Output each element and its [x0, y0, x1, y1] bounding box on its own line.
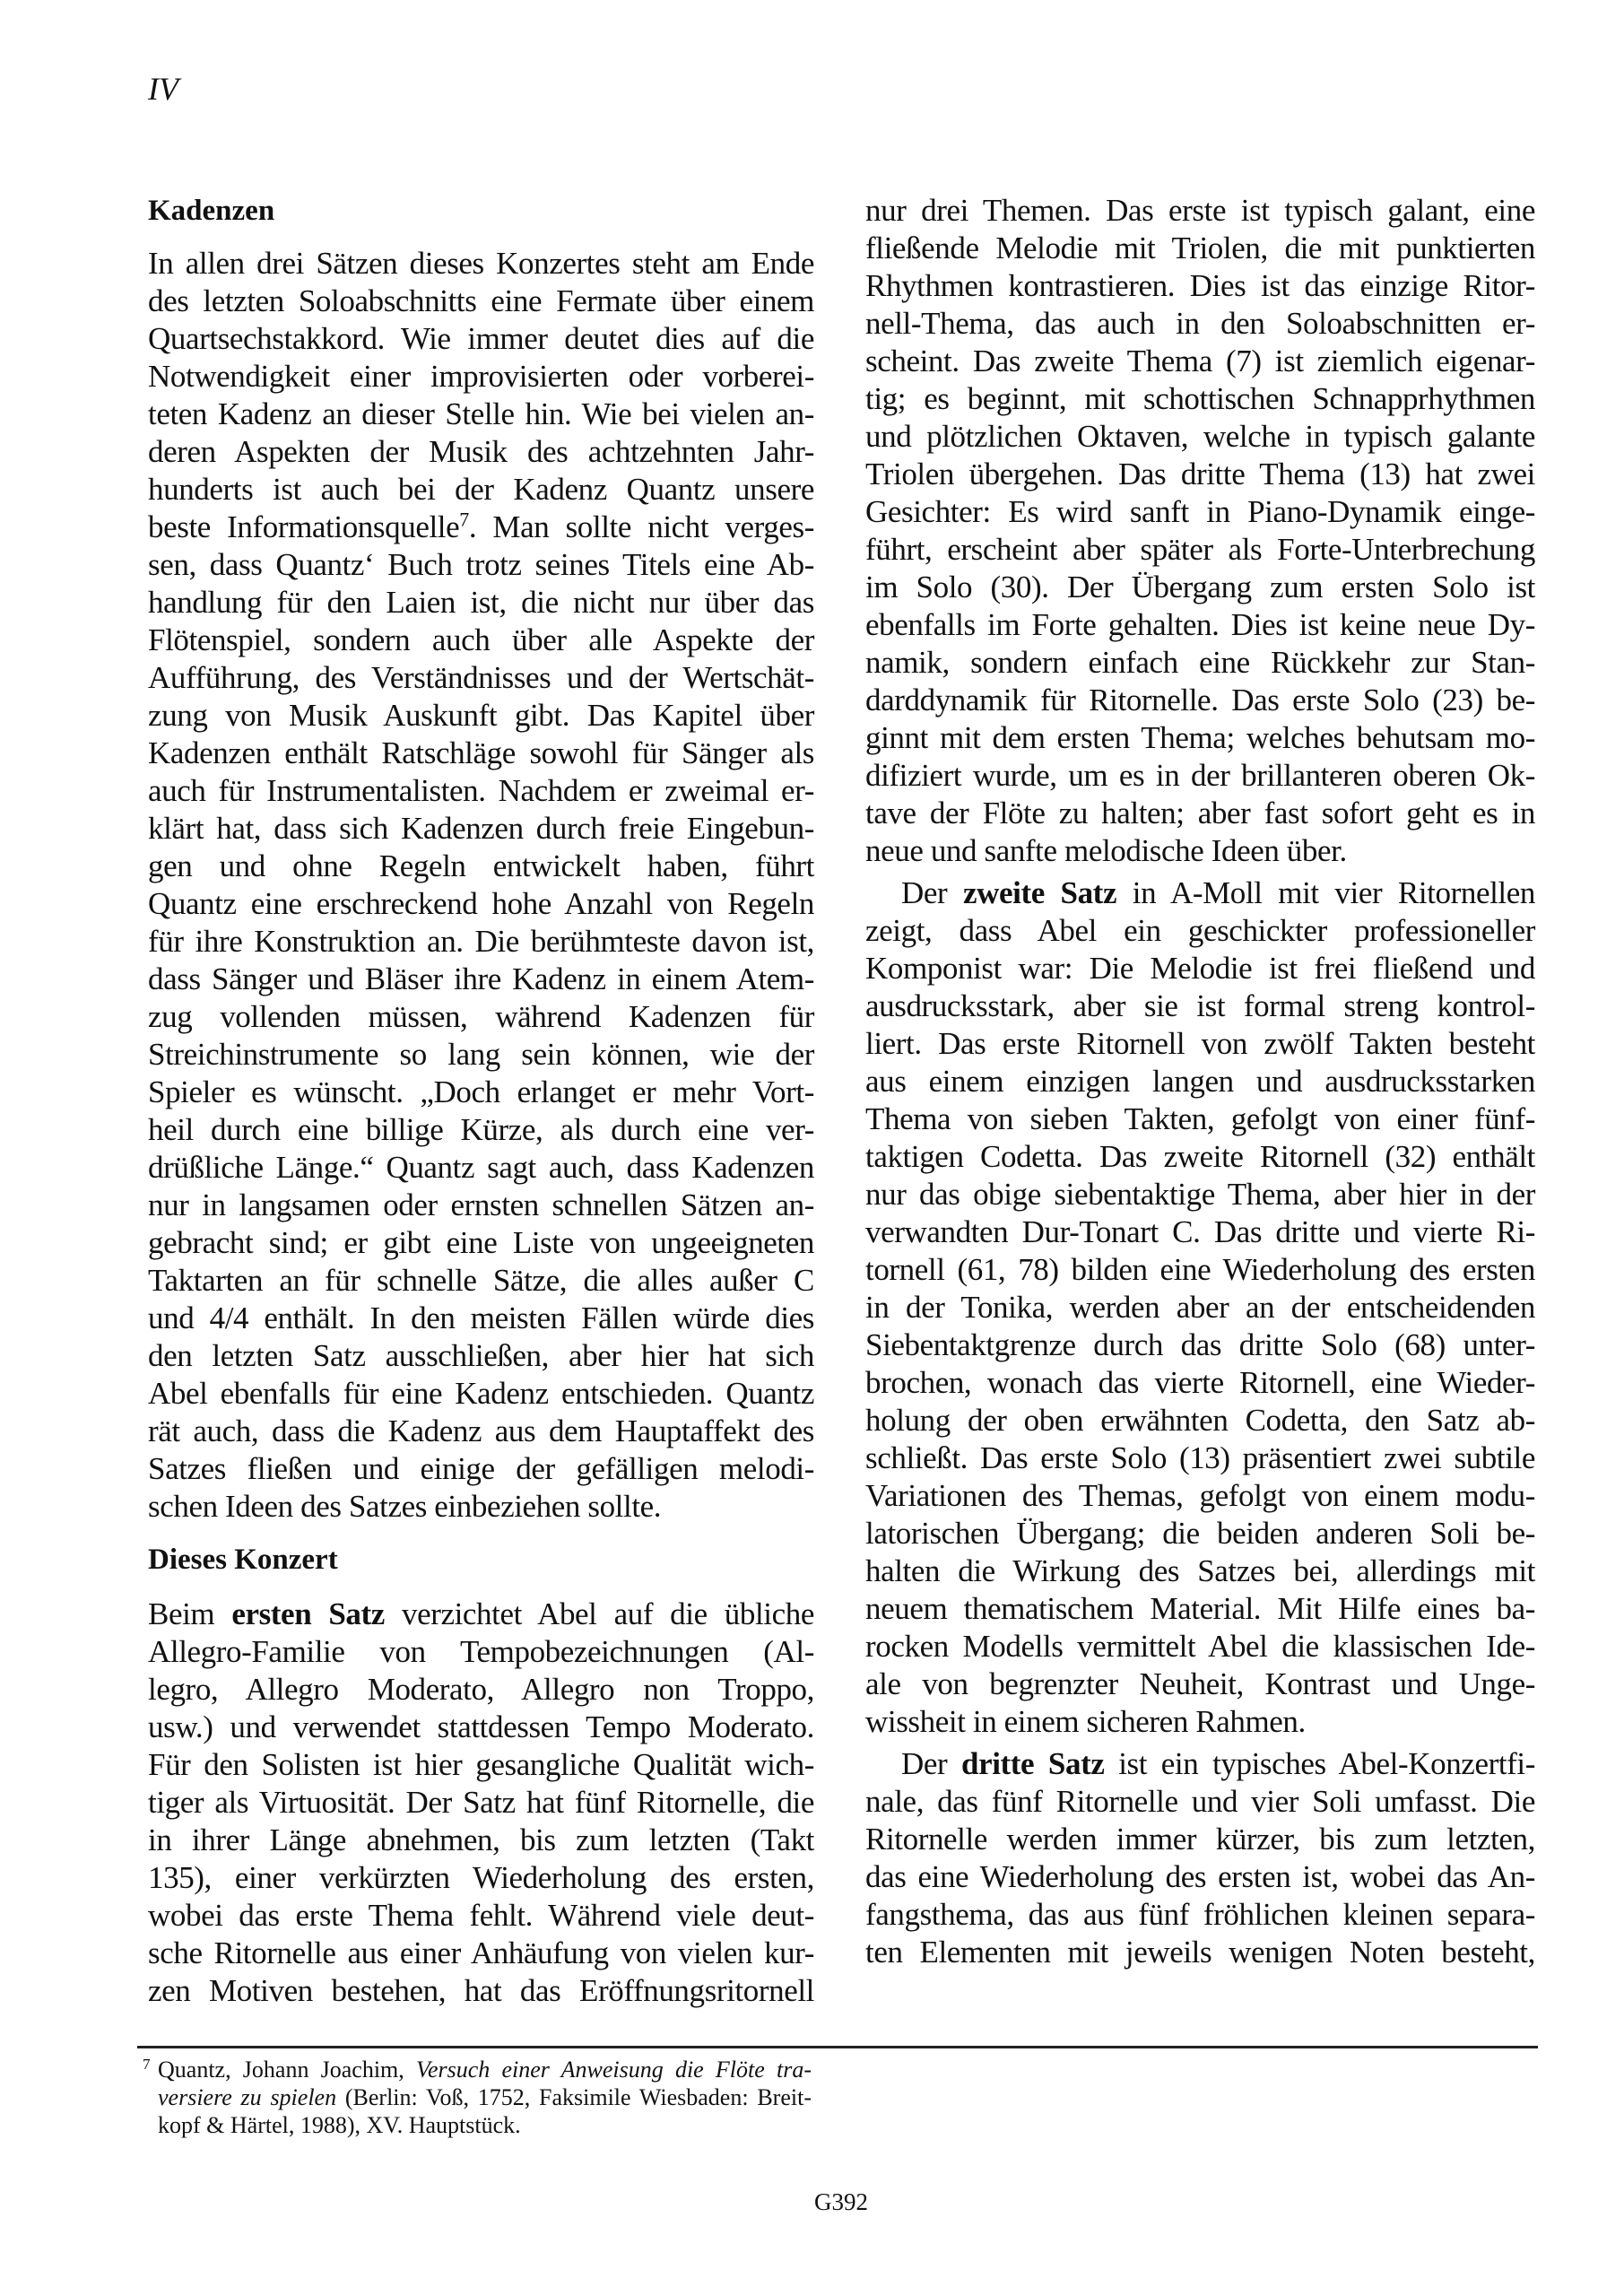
text-line: tiger als Virtuosität. Der Satz hat fünf…: [148, 1784, 814, 1822]
text-line: ale von begrenzter Neuheit, Kontrast und…: [865, 1665, 1535, 1703]
text-line: darddynamik für Ritornelle. Das erste So…: [865, 682, 1535, 719]
text-line: nur drei Themen. Das erste ist typisch g…: [865, 192, 1535, 230]
bold-term-zweite-satz: zweite Satz: [963, 875, 1116, 910]
footnote-book-title-cont: versiere zu spielen: [158, 2084, 336, 2110]
page-header-roman-numeral: IV: [148, 70, 178, 108]
text-line: latorischen Übergang; die beiden anderen…: [865, 1515, 1535, 1552]
text-line: difiziert wurde, um es in der brillanter…: [865, 757, 1535, 795]
text-line: 135), einer verkürzten Wiederholung des …: [148, 1859, 814, 1897]
text-line: Komponist war: Die Melodie ist frei flie…: [865, 950, 1535, 987]
text-line: zug vollenden müssen, während Kadenzen f…: [148, 998, 814, 1036]
text-line: ginnt mit dem ersten Thema; welches behu…: [865, 719, 1535, 757]
text-line: scheint. Das zweite Thema (7) ist ziemli…: [865, 343, 1535, 380]
text-line: ausdrucksstark, aber sie ist formal stre…: [865, 987, 1535, 1025]
text-line: das eine Wiederholung des ersten ist, wo…: [865, 1858, 1535, 1896]
text-line: tornell (61, 78) bilden eine Wiederholun…: [865, 1251, 1535, 1289]
text-line: rät auch, dass die Kadenz aus dem Haupta…: [148, 1413, 814, 1450]
text-line: Satzes fließen und einige der gefälligen…: [148, 1450, 814, 1488]
text-line: Quantz eine erschreckend hohe Anzahl von…: [148, 885, 814, 923]
bold-term-ersten-satz: ersten Satz: [231, 1596, 385, 1631]
text-line: Taktarten an für schnelle Sätze, die all…: [148, 1262, 814, 1300]
text-line: drüßliche Länge.“ Quantz sagt auch, dass…: [148, 1149, 814, 1187]
text-line-with-footnote-ref: beste Informationsquelle7. Man sollte ni…: [148, 509, 814, 546]
text-line: teten Kadenz an dieser Stelle hin. Wie b…: [148, 396, 814, 433]
page-number: G392: [814, 2188, 868, 2216]
text-line: handlung für den Laien ist, die nicht nu…: [148, 584, 814, 622]
text-line: zung von Musik Auskunft gibt. Das Kapite…: [148, 697, 814, 735]
text-line: tave der Flöte zu halten; aber fast sofo…: [865, 795, 1535, 832]
text-line: schen Ideen des Satzes einbeziehen sollt…: [148, 1488, 814, 1526]
text-line: dass Sänger und Bläser ihre Kadenz in ei…: [148, 961, 814, 998]
text-line: Notwendigkeit einer improvisierten oder …: [148, 358, 814, 396]
text-line: deren Aspekten der Musik des achtzehnten…: [148, 433, 814, 471]
text-line: holung der oben erwähnten Codetta, den S…: [865, 1402, 1535, 1439]
text-line: liert. Das erste Ritornell von zwölf Tak…: [865, 1025, 1535, 1063]
text-line: Für den Solisten ist hier gesangliche Qu…: [148, 1746, 814, 1784]
text-line: nale, das fünf Ritornelle und vier Soli …: [865, 1783, 1535, 1821]
text-line: Spieler es wünscht. „Doch erlanget er me…: [148, 1074, 814, 1111]
text-line: Flötenspiel, sondern auch über alle Aspe…: [148, 622, 814, 659]
section-heading-kadenzen: Kadenzen: [148, 192, 274, 230]
text-line: nur in langsamen oder ernsten schnellen …: [148, 1187, 814, 1224]
text-line: wissheit in einem sicheren Rahmen.: [865, 1703, 1535, 1741]
text-line: hunderts ist auch bei der Kadenz Quantz …: [148, 471, 814, 509]
text-line: legro, Allegro Moderato, Allegro non Tro…: [148, 1671, 814, 1709]
footnote-line: kopf & Härtel, 1988), XV. Hauptstück.: [148, 2111, 812, 2139]
text-line: taktigen Codetta. Das zweite Ritornell (…: [865, 1138, 1535, 1176]
text-line: Rhythmen kontrastieren. Dies ist das ein…: [865, 267, 1535, 305]
text-line: in der Tonika, werden aber an der entsch…: [865, 1289, 1535, 1326]
text-line: Thema von sieben Takten, gefolgt von ein…: [865, 1100, 1535, 1138]
text-line: usw.) und verwendet stattdessen Tempo Mo…: [148, 1709, 814, 1746]
text-line: zeigt, dass Abel ein geschickter profess…: [865, 912, 1535, 950]
text-line: Siebentaktgrenze durch das dritte Solo (…: [865, 1326, 1535, 1364]
text-line: neue und sanfte melodische Ideen über.: [865, 832, 1535, 870]
text-line: aus einem einzigen langen und ausdruckss…: [865, 1063, 1535, 1100]
bold-term-dritte-satz: dritte Satz: [961, 1746, 1104, 1781]
text-line: heil durch eine billige Kürze, als durch…: [148, 1111, 814, 1149]
text-line: fließende Melodie mit Triolen, die mit p…: [865, 230, 1535, 267]
text-line: gen und ohne Regeln entwickelt haben, fü…: [148, 848, 814, 885]
text-line: nur das obige siebentaktige Thema, aber …: [865, 1176, 1535, 1213]
text-line: im Solo (30). Der Übergang zum ersten So…: [865, 569, 1535, 606]
text-line: neuem thematischem Material. Mit Hilfe e…: [865, 1590, 1535, 1628]
text-line: und 4/4 enthält. In den meisten Fällen w…: [148, 1300, 814, 1337]
text-line: verwandten Dur-Tonart C. Das dritte und …: [865, 1213, 1535, 1251]
footnote-reference-7[interactable]: 7: [459, 508, 469, 530]
text-line: ten Elementen mit jeweils wenigen Noten …: [865, 1934, 1535, 1971]
text-line: sen, dass Quantz‘ Buch trotz seines Tite…: [148, 546, 814, 584]
text-line: klärt hat, dass sich Kadenzen durch frei…: [148, 810, 814, 848]
footnote-line: versiere zu spielen (Berlin: Voß, 1752, …: [148, 2083, 812, 2111]
text-line: wobei das erste Thema fehlt. Während vie…: [148, 1897, 814, 1935]
text-line: ebenfalls im Forte gehalten. Dies ist ke…: [865, 606, 1535, 644]
text-line: Ritornelle werden immer kürzer, bis zum …: [865, 1821, 1535, 1858]
text-line: Triolen übergehen. Das dritte Thema (13)…: [865, 456, 1535, 493]
text-line: Streichinstrumente so lang sein können, …: [148, 1036, 814, 1074]
text-line: rocken Modells vermittelt Abel die klass…: [865, 1628, 1535, 1665]
text-line: brochen, wonach das vierte Ritornell, ei…: [865, 1364, 1535, 1402]
text-line: sche Ritornelle aus einer Anhäufung von …: [148, 1935, 814, 1972]
text-line: Allegro-Familie von Tempobezeichnungen (…: [148, 1633, 814, 1671]
footnote-7: 7Quantz, Johann Joachim, Versuch einer A…: [148, 2056, 812, 2139]
text-line: auch für Instrumentalisten. Nachdem er z…: [148, 772, 814, 810]
section-heading-dieses-konzert: Dieses Konzert: [148, 1541, 338, 1578]
text-line: halten die Wirkung des Satzes bei, aller…: [865, 1552, 1535, 1590]
text-line: und plötzlichen Oktaven, welche in typis…: [865, 418, 1535, 456]
text-line: Der zweite Satz in A-Moll mit vier Ritor…: [865, 874, 1535, 912]
text-line: Aufführung, des Verständnisses und der W…: [148, 659, 814, 697]
footnote-line: 7Quantz, Johann Joachim, Versuch einer A…: [148, 2056, 812, 2083]
text-line: tig; es beginnt, mit schottischen Schnap…: [865, 380, 1535, 418]
footnote-number: 7: [143, 2050, 151, 2078]
text-line: In allen drei Sätzen dieses Konzertes st…: [148, 245, 814, 283]
footnote-book-title: Versuch einer Anweisung die Flöte tra-: [416, 2057, 812, 2083]
text-line: Beim ersten Satz verzichtet Abel auf die…: [148, 1596, 814, 1633]
text-line: Abel ebenfalls für eine Kadenz entschied…: [148, 1375, 814, 1413]
text-line: für ihre Konstruktion an. Die berühmtest…: [148, 923, 814, 961]
text-line: Gesichter: Es wird sanft in Piano-Dynami…: [865, 493, 1535, 531]
text-line: Variationen des Themas, gefolgt von eine…: [865, 1477, 1535, 1515]
footnote-separator-rule: [137, 2046, 1538, 2048]
text-line: führt, erscheint aber später als Forte-U…: [865, 531, 1535, 569]
text-line: gebracht sind; er gibt eine Liste von un…: [148, 1224, 814, 1262]
text-line: Kadenzen enthält Ratschläge sowohl für S…: [148, 735, 814, 772]
text-line: zen Motiven bestehen, hat das Eröffnungs…: [148, 1972, 814, 2010]
text-line: nell-Thema, das auch in den Soloabschnit…: [865, 305, 1535, 343]
text-line: schließt. Das erste Solo (13) präsentier…: [865, 1439, 1535, 1477]
text-line: fangsthema, das aus fünf fröhlichen klei…: [865, 1896, 1535, 1934]
text-line: des letzten Soloabschnitts eine Fermate …: [148, 283, 814, 320]
text-line: in ihrer Länge abnehmen, bis zum letzten…: [148, 1822, 814, 1859]
text-line: namik, sondern einfach eine Rückkehr zur…: [865, 644, 1535, 682]
text-line: den letzten Satz ausschließen, aber hier…: [148, 1337, 814, 1375]
text-line: Der dritte Satz ist ein typisches Abel-K…: [865, 1745, 1535, 1783]
text-line: Quartsechstakkord. Wie immer deutet dies…: [148, 320, 814, 358]
